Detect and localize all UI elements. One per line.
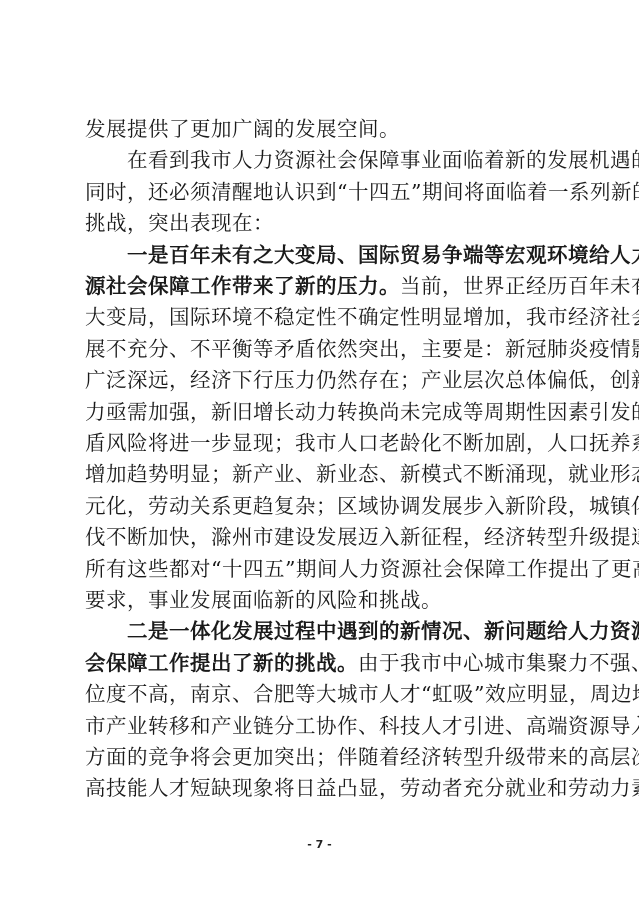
body-text-span: 增加趋势明显；新产业、新业态、新模式不断涌现，就业形态多: [85, 462, 639, 486]
body-text-span: 要求，事业发展面临新的风险和挑战。: [85, 588, 442, 612]
text-line: 广泛深远，经济下行压力仍然存在；产业层次总体偏低，创新能: [85, 365, 559, 395]
text-line: 伐不断加快，滁州市建设发展迈入新征程，经济转型升级提速，: [85, 522, 559, 552]
body-text-span: 所有这些都对“十四五”期间人力资源社会保障工作提出了更高: [85, 557, 639, 581]
text-line: 挑战，突出表现在：: [85, 208, 559, 238]
body-text-span: 元化，劳动关系更趋复杂；区域协调发展步入新阶段，城镇化步: [85, 494, 639, 518]
text-line: 高技能人才短缺现象将日益凸显，劳动者充分就业和劳动力素质: [85, 773, 559, 803]
text-line: 方面的竞争将会更加突出；伴随着经济转型升级带来的高层次、: [85, 742, 559, 772]
text-line: 展不充分、不平衡等矛盾依然突出，主要是：新冠肺炎疫情影响: [85, 334, 559, 364]
body-text-span: 伐不断加快，滁州市建设发展迈入新征程，经济转型升级提速，: [85, 525, 639, 549]
body-text-span: 当前，世界正经历百年未有之: [400, 274, 639, 298]
bold-heading-text: 二是一体化发展过程中遇到的新情况、新问题给人力资源社: [127, 619, 639, 643]
text-line: 大变局，国际环境不稳定性不确定性明显增加，我市经济社会发: [85, 302, 559, 332]
text-line: 元化，劳动关系更趋复杂；区域协调发展步入新阶段，城镇化步: [85, 491, 559, 521]
bold-heading-text: 会保障工作提出了新的挑战。: [85, 651, 358, 675]
text-line: 会保障工作提出了新的挑战。由于我市中心城市集聚力不强、首: [85, 648, 559, 678]
text-line: 同时，还必须清醒地认识到“十四五”期间将面临着一系列新的: [85, 177, 559, 207]
text-line: 在看到我市人力资源社会保障事业面临着新的发展机遇的: [127, 145, 559, 175]
bold-heading-text: 源社会保障工作带来了新的压力。: [85, 274, 400, 298]
text-line: 增加趋势明显；新产业、新业态、新模式不断涌现，就业形态多: [85, 459, 559, 489]
body-text-span: 方面的竞争将会更加突出；伴随着经济转型升级带来的高层次、: [85, 745, 639, 769]
body-text-span: 在看到我市人力资源社会保障事业面临着新的发展机遇的: [127, 148, 639, 172]
body-text-span: 挑战，突出表现在：: [85, 211, 274, 235]
body-text-span: 力亟需加强，新旧增长动力转换尚未完成等周期性因素引发的矛: [85, 400, 639, 424]
body-text-span: 市产业转移和产业链分工协作、科技人才引进、高端资源导入等: [85, 714, 639, 738]
text-line: 一是百年未有之大变局、国际贸易争端等宏观环境给人力资: [127, 240, 559, 270]
body-text-span: 盾风险将进一步显现；我市人口老龄化不断加剧，人口抚养系数: [85, 431, 639, 455]
page-number: - 7 -: [0, 838, 639, 851]
body-text-span: 大变局，国际环境不稳定性不确定性明显增加，我市经济社会发: [85, 305, 639, 329]
text-line: 二是一体化发展过程中遇到的新情况、新问题给人力资源社: [127, 616, 559, 646]
bold-heading-text: 一是百年未有之大变局、国际贸易争端等宏观环境给人力资: [127, 243, 639, 267]
text-line: 位度不高，南京、合肥等大城市人才“虹吸”效应明显，周边地: [85, 679, 559, 709]
body-text-span: 展不充分、不平衡等矛盾依然突出，主要是：新冠肺炎疫情影响: [85, 337, 639, 361]
document-page: 发展提供了更加广阔的发展空间。在看到我市人力资源社会保障事业面临着新的发展机遇的…: [0, 0, 639, 903]
text-line: 源社会保障工作带来了新的压力。当前，世界正经历百年未有之: [85, 271, 559, 301]
text-line: 要求，事业发展面临新的风险和挑战。: [85, 585, 559, 615]
body-text-span: 由于我市中心城市集聚力不强、首: [358, 651, 639, 675]
body-text-span: 发展提供了更加广阔的发展空间。: [85, 117, 400, 141]
text-line: 力亟需加强，新旧增长动力转换尚未完成等周期性因素引发的矛: [85, 397, 559, 427]
text-line: 市产业转移和产业链分工协作、科技人才引进、高端资源导入等: [85, 711, 559, 741]
body-text-span: 广泛深远，经济下行压力仍然存在；产业层次总体偏低，创新能: [85, 368, 639, 392]
text-line: 所有这些都对“十四五”期间人力资源社会保障工作提出了更高: [85, 554, 559, 584]
body-text-span: 位度不高，南京、合肥等大城市人才“虹吸”效应明显，周边地: [85, 682, 639, 706]
body-text-span: 高技能人才短缺现象将日益凸显，劳动者充分就业和劳动力素质: [85, 776, 639, 800]
text-line: 发展提供了更加广阔的发展空间。: [85, 114, 559, 144]
body-text-span: 同时，还必须清醒地认识到“十四五”期间将面临着一系列新的: [85, 180, 639, 204]
text-line: 盾风险将进一步显现；我市人口老龄化不断加剧，人口抚养系数: [85, 428, 559, 458]
